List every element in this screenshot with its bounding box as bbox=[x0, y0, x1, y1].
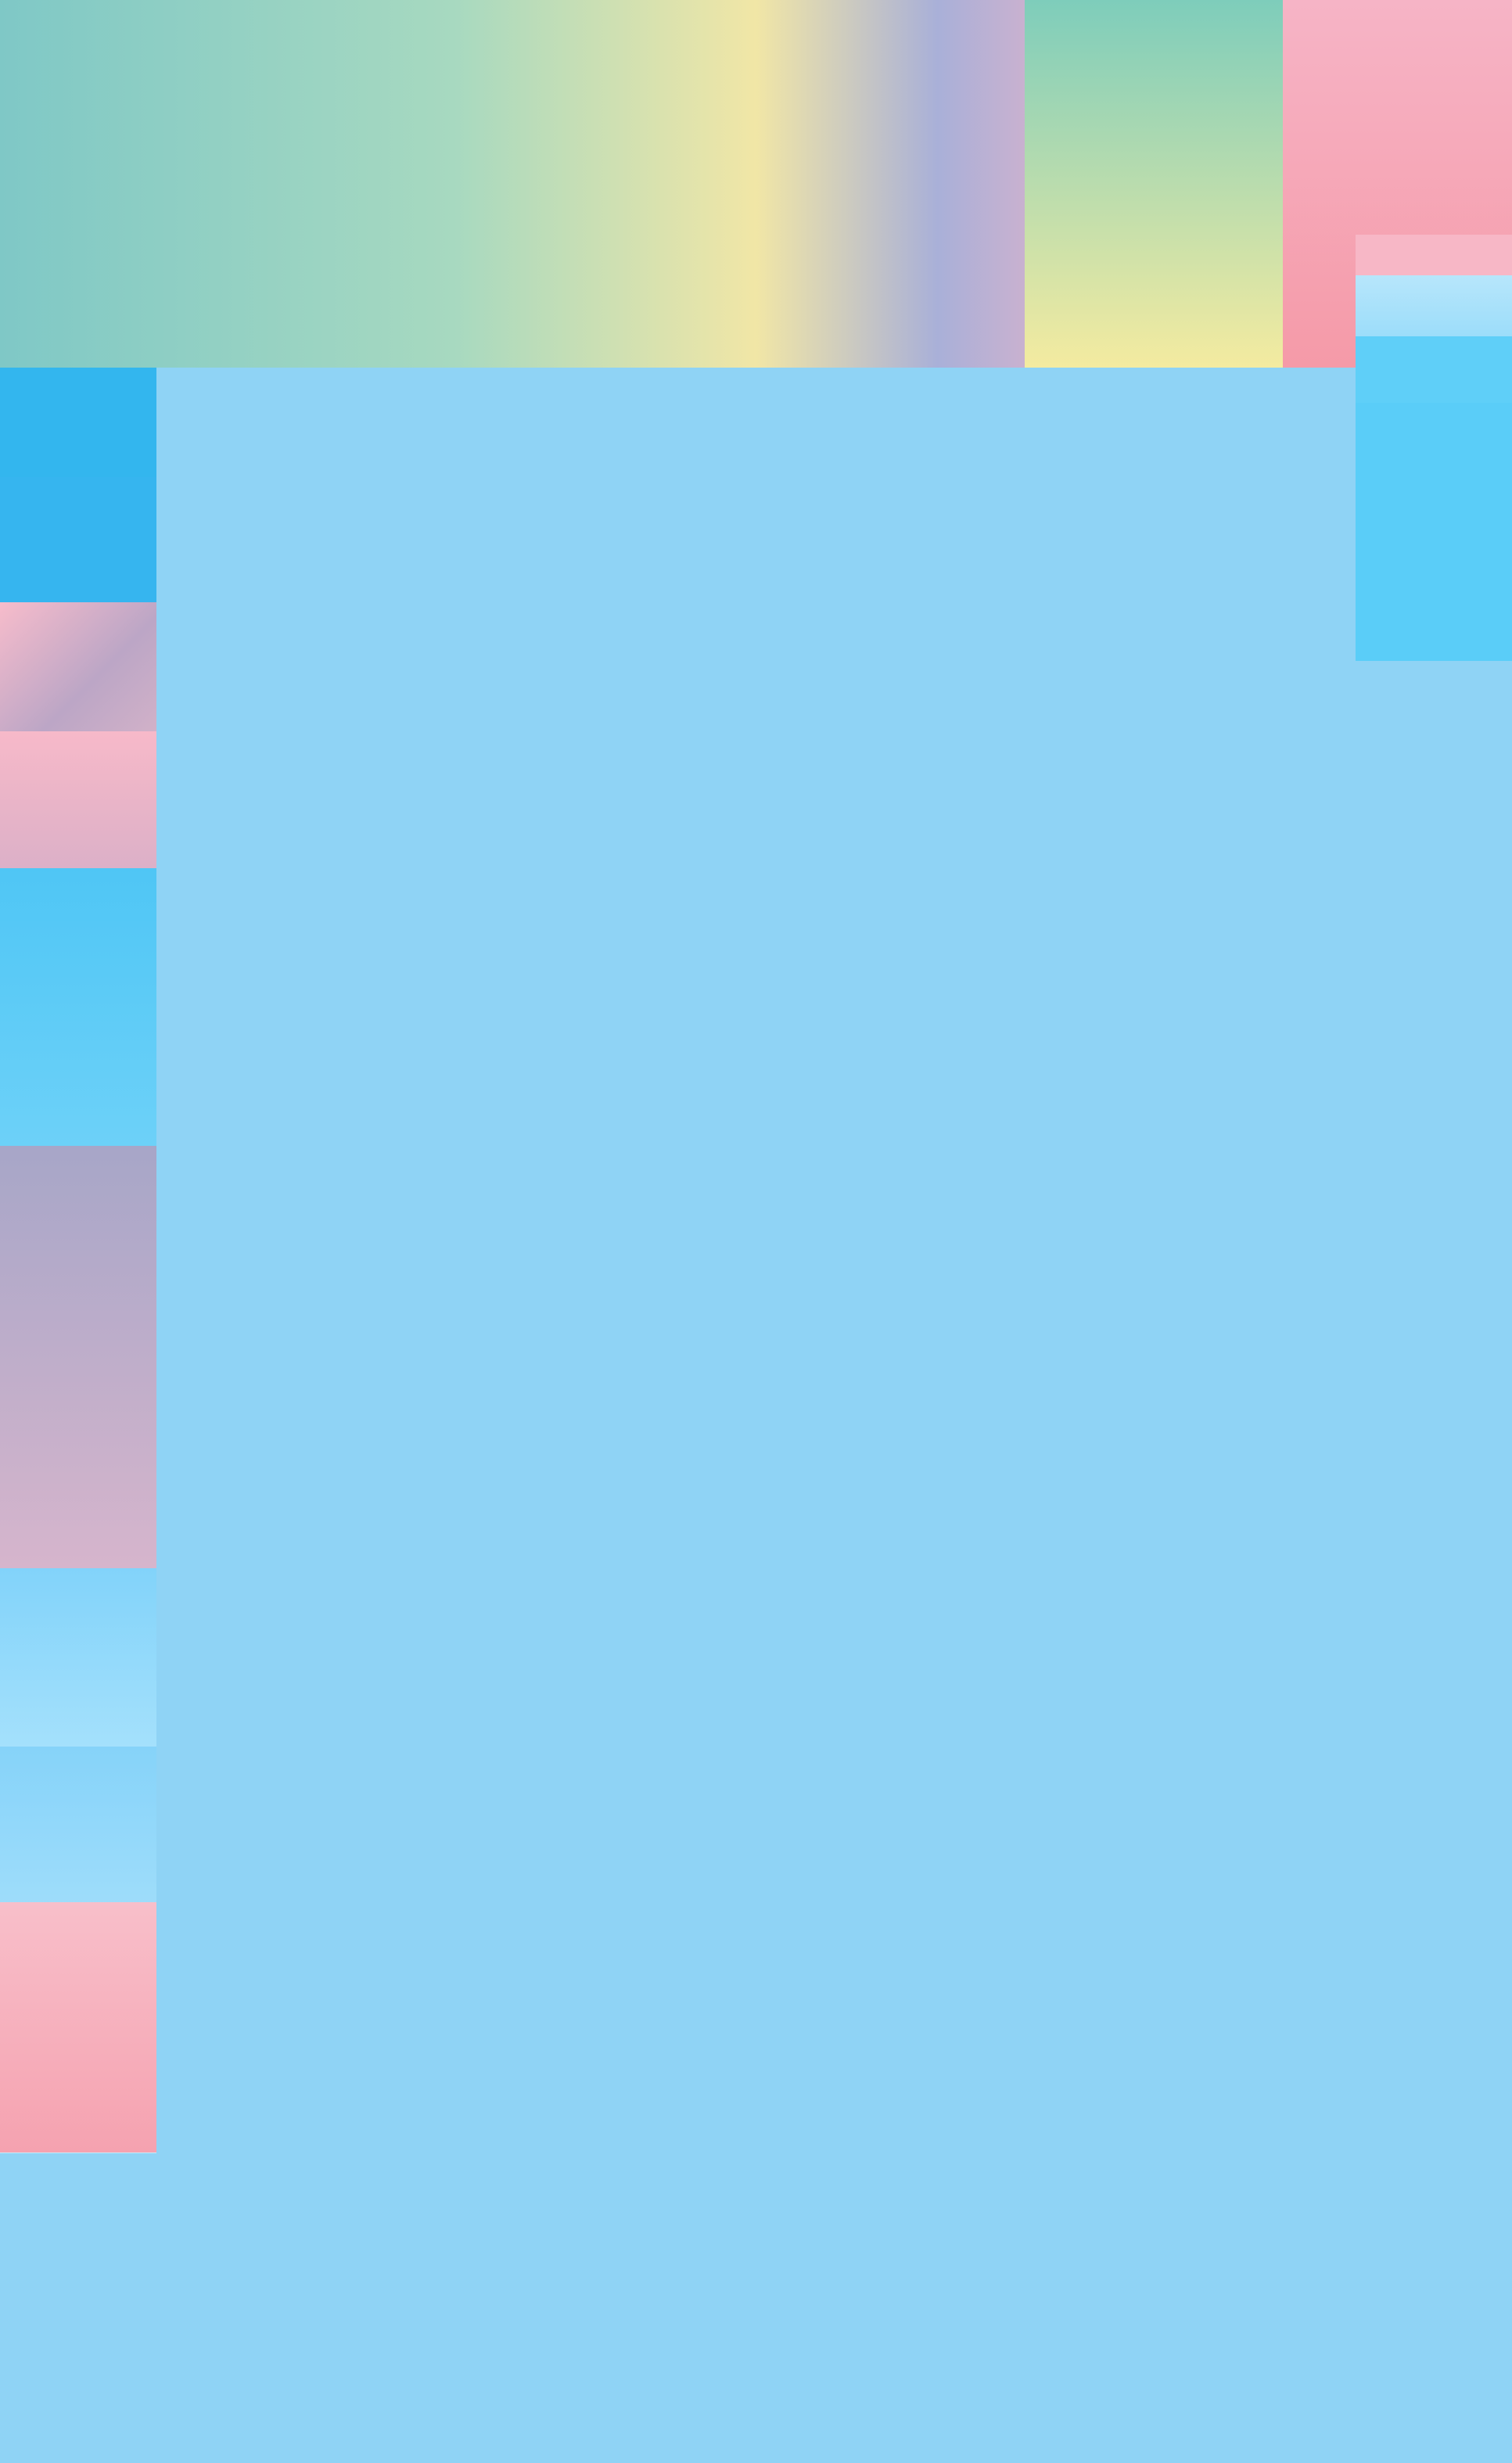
background-mosaic bbox=[0, 0, 1512, 2463]
